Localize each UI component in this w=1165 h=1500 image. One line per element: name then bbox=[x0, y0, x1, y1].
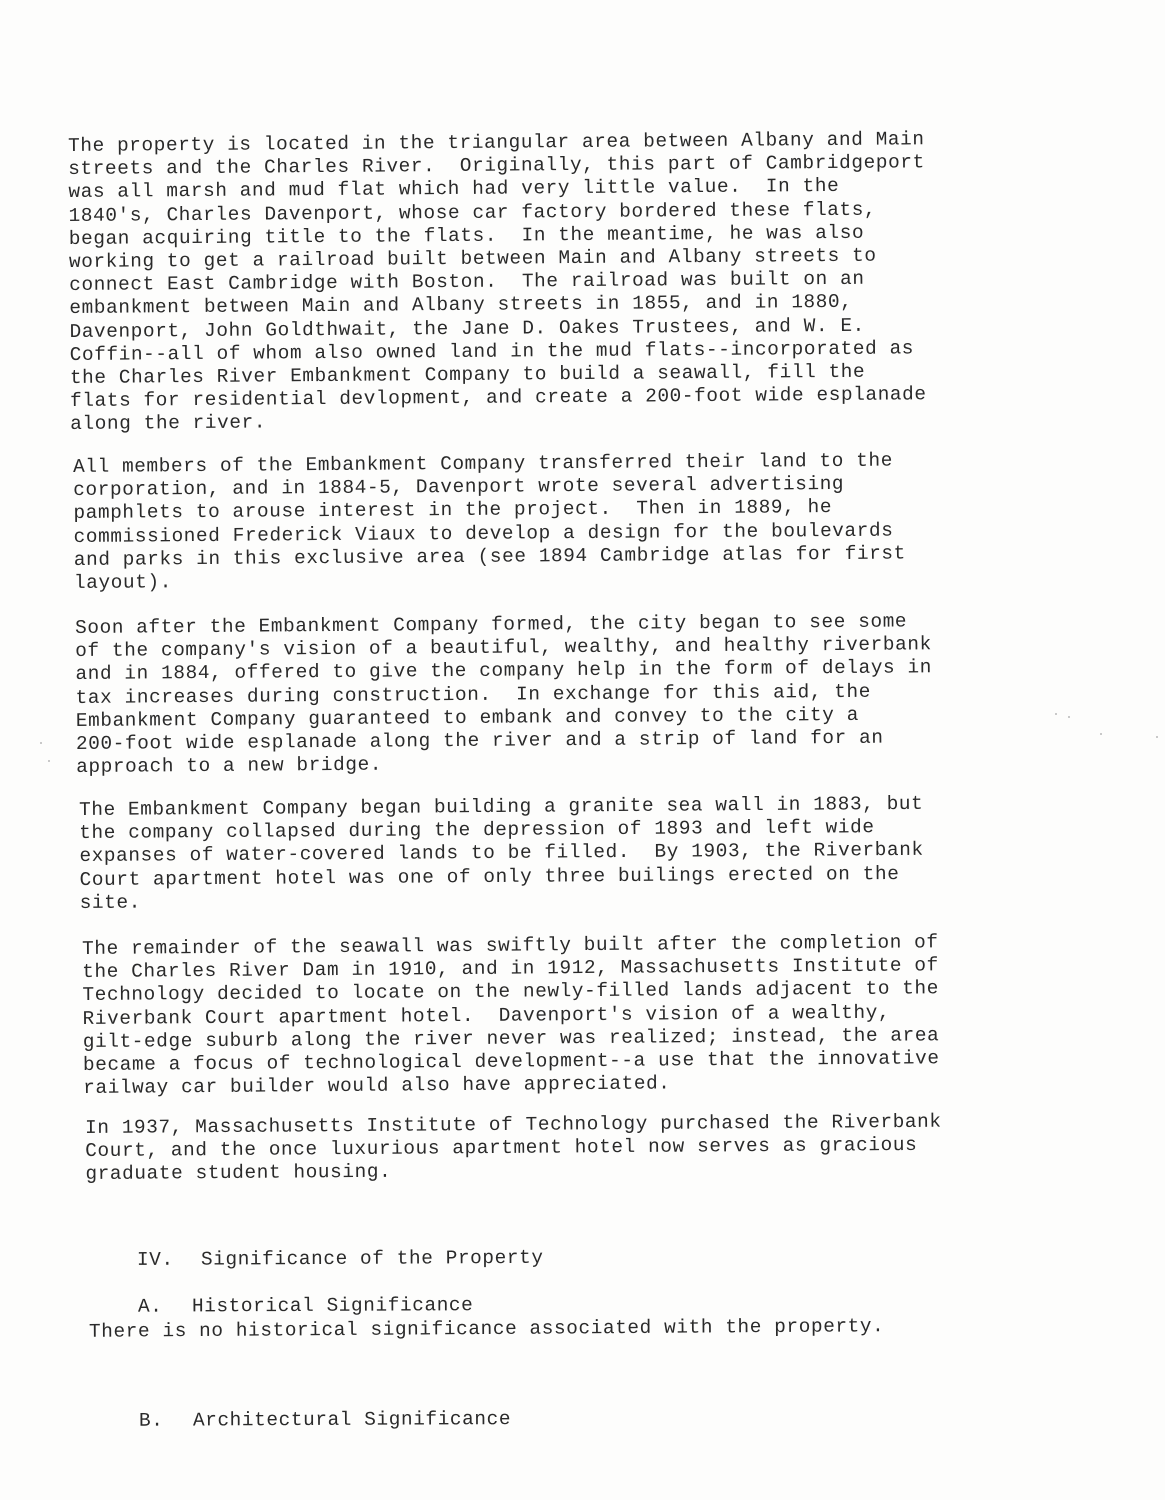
section-title: Significance of the Property bbox=[201, 1247, 544, 1271]
paragraph-sea-wall: The Embankment Company began building a … bbox=[79, 792, 1060, 915]
subsection-title: Architectural Significance bbox=[193, 1408, 511, 1431]
scan-artifact bbox=[1156, 736, 1158, 738]
paragraph-mit-purchase: In 1937, Massachusetts Institute of Tech… bbox=[85, 1110, 1065, 1187]
subsection-heading-architectural: B.Architectural Significance bbox=[90, 1386, 511, 1454]
historical-significance-text: There is no historical significance asso… bbox=[89, 1315, 884, 1343]
scan-artifact bbox=[1068, 716, 1070, 718]
document-page: The property is located in the triangula… bbox=[0, 0, 1165, 1500]
paragraph-city-agreement: Soon after the Embankment Company formed… bbox=[75, 609, 1056, 779]
subsection-letter: B. bbox=[139, 1409, 193, 1431]
subsection-letter: A. bbox=[138, 1295, 192, 1317]
scan-artifact bbox=[40, 742, 42, 744]
paragraph-mit-location: The remainder of the seawall was swiftly… bbox=[82, 930, 1063, 1100]
scan-artifact bbox=[48, 760, 50, 762]
section-number: IV. bbox=[137, 1249, 201, 1271]
paragraph-embankment-transfer: All members of the Embankment Company tr… bbox=[73, 448, 1054, 595]
scan-artifact bbox=[1055, 713, 1057, 715]
scan-artifact bbox=[1100, 733, 1102, 735]
subsection-title: Historical Significance bbox=[192, 1294, 474, 1317]
paragraph-property-location: The property is located in the triangula… bbox=[68, 127, 1050, 436]
